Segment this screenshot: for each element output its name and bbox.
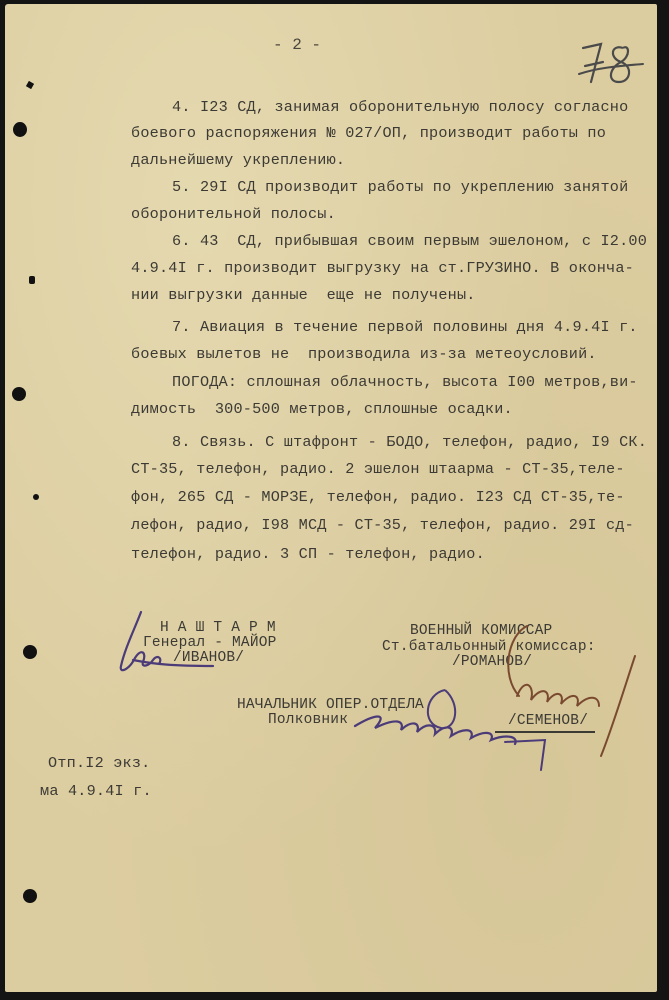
paragraph-6-line-1: 6. 43 СД, прибывшая своим первым эшелоно…	[172, 234, 647, 249]
paragraph-6-line-2: 4.9.4I г. производит выгрузку на ст.ГРУЗ…	[131, 261, 634, 276]
paragraph-8-line-4: лефон, радио, I98 МСД - СТ-35, телефон, …	[131, 518, 634, 533]
weather-line-1: ПОГОДА: сплошная облачность, высота I00 …	[172, 375, 638, 390]
archive-folio-number	[577, 34, 647, 90]
paragraph-8-line-5: телефон, радио. 3 СП - телефон, радио.	[131, 547, 485, 562]
punch-hole	[23, 889, 37, 903]
paragraph-7-line-1: 7. Авиация в течение первой половины дня…	[172, 320, 638, 335]
copies-note: Отп.I2 экз.	[48, 756, 150, 771]
weather-line-2: димость 300-500 метров, сплошные осадки.	[131, 402, 513, 417]
paragraph-4-line-3: дальнейшему укреплению.	[131, 153, 345, 168]
handwritten-signature-semenov	[345, 684, 565, 774]
paragraph-5-line-1: 5. 29I СД производит работы по укреплени…	[172, 180, 628, 195]
paragraph-8-line-1: 8. Связь. С штафронт - БОДО, телефон, ра…	[172, 435, 647, 450]
date-note: ма 4.9.4I г.	[40, 784, 152, 799]
ops-chief-rank: Полковник	[268, 713, 348, 728]
paragraph-8-line-3: фон, 265 СД - МОРЗЕ, телефон, радио. I23…	[131, 490, 625, 505]
paragraph-7-line-2: боевых вылетов не производила из-за мете…	[131, 347, 597, 362]
page-number: - 2 -	[273, 36, 321, 54]
damage-mark	[29, 276, 35, 284]
punch-hole	[13, 122, 27, 137]
paragraph-4-line-1: 4. I23 СД, занимая оборонительную полосу…	[172, 100, 628, 115]
paragraph-5-line-2: оборонительной полосы.	[131, 207, 336, 222]
damage-mark	[33, 494, 39, 500]
punch-hole	[23, 645, 37, 659]
document-page: - 2 - 4. I23 СД, занимая оборонительную …	[5, 4, 657, 992]
paragraph-4-line-2: боевого распоряжения № 027/ОП, производи…	[131, 126, 606, 141]
handwritten-signature-ivanov	[113, 608, 223, 678]
damage-mark	[26, 81, 34, 89]
paragraph-8-line-2: СТ-35, телефон, радио. 2 эшелон штаарма …	[131, 462, 625, 477]
paragraph-6-line-3: нии выгрузки данные еще не получены.	[131, 288, 476, 303]
punch-hole	[12, 387, 26, 401]
